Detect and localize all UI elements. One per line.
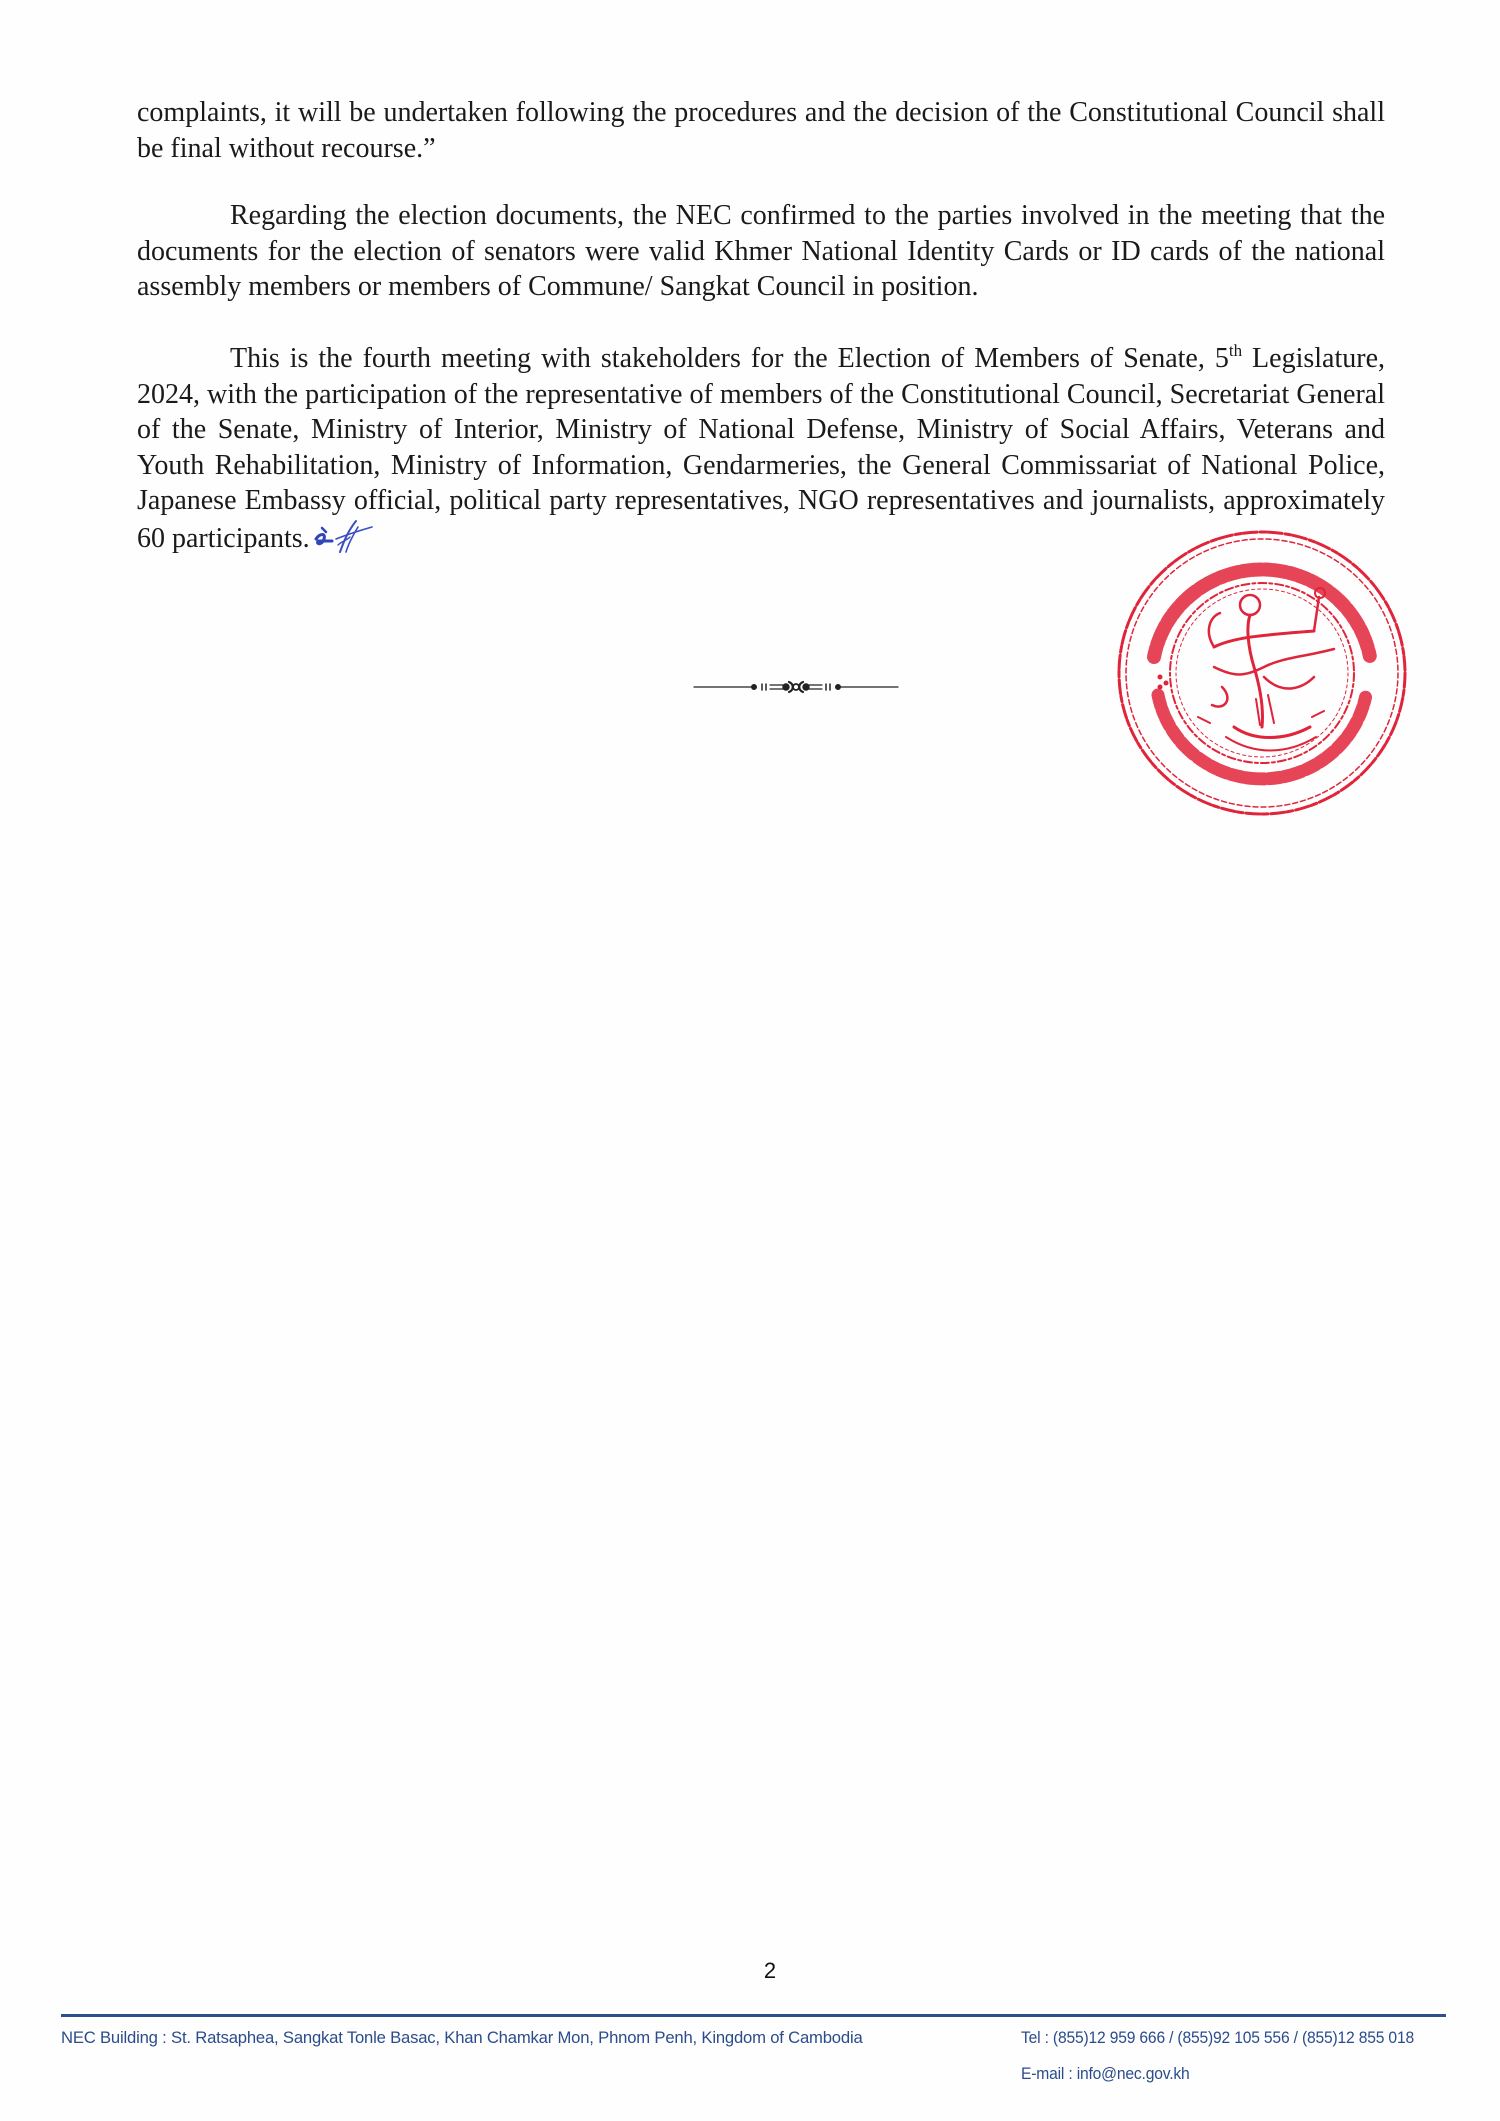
footer-address: NEC Building : St. Ratsaphea, Sangkat To… <box>61 2028 863 2048</box>
paragraph-text: This is the fourth meeting with stakehol… <box>137 341 1385 556</box>
nec-official-seal-icon <box>1114 527 1410 819</box>
paragraph-text-part: This is the fourth meeting with stakehol… <box>230 343 1229 374</box>
footer-divider <box>61 2014 1446 2017</box>
handwritten-initials-icon <box>312 519 374 553</box>
paragraph-text: Regarding the election documents, the NE… <box>137 198 1385 305</box>
footer-telephone: Tel : (855)12 959 666 / (855)92 105 556 … <box>1021 2028 1414 2048</box>
ornamental-divider-icon <box>692 676 900 698</box>
body-paragraph-3: This is the fourth meeting with stakehol… <box>137 341 1385 556</box>
body-paragraph-2: Regarding the election documents, the NE… <box>137 198 1385 305</box>
footer-email: E-mail : info@nec.gov.kh <box>1021 2064 1190 2084</box>
body-paragraph-1: complaints, it will be undertaken follow… <box>137 95 1385 166</box>
paragraph-text: complaints, it will be undertaken follow… <box>137 95 1385 166</box>
document-page: complaints, it will be undertaken follow… <box>0 0 1500 2121</box>
page-number: 2 <box>0 1958 1500 1984</box>
ordinal-suffix: th <box>1229 341 1242 360</box>
